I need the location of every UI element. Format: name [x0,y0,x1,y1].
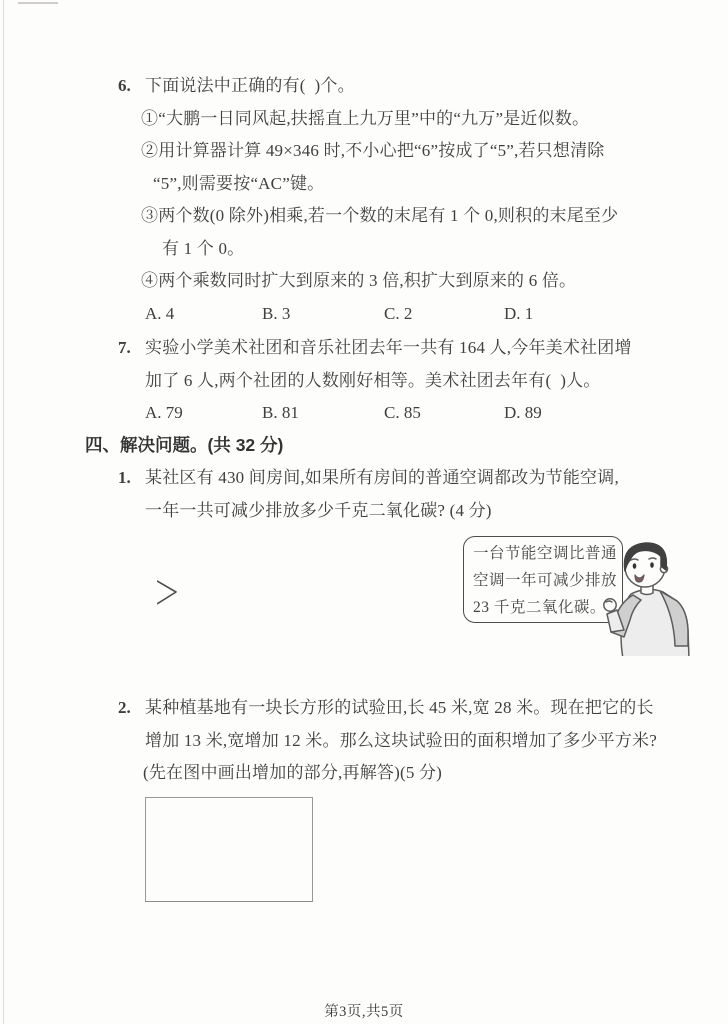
solve-question-1-line-cont: 一年一共可减少排放多少千克二氧化碳? (4 分) [118,495,678,528]
question-6-option-b: B. 3 [262,298,384,331]
scan-artifact-line [18,2,58,4]
page-footer: 第3页,共5页 [0,1000,728,1021]
question-7-option-c: C. 85 [384,397,504,430]
question-7-option-d: D. 89 [504,397,542,430]
question-6-options-row: A. 4 B. 3 C. 2 D. 1 [118,298,678,331]
speech-bubble-tail-icon [157,579,179,607]
question-6-item-2-cont: “5”,则需要按“AC”键。 [126,168,678,201]
question-7-options-row: A. 79 B. 81 C. 85 D. 89 [118,397,678,430]
question-7-option-b: B. 81 [262,397,384,430]
solve-question-2-line-cont: 增加 13 米,宽增加 12 米。那么这块试验田的面积增加了多少平方米? [118,725,678,758]
field-diagram-rectangle [145,797,313,902]
scan-edge-line [3,0,4,1024]
question-6-item-3: ③两个数(0 除外)相乘,若一个数的末尾有 1 个 0,则积的末尾至少 [114,200,678,233]
question-6-item-1: ①“大鹏一日同风起,扶摇直上九万里”中的“九万”是近似数。 [114,103,678,136]
question-6-option-c: C. 2 [384,298,504,331]
exam-page: 6. 下面说法中正确的有( )个。 ①“大鹏一日同风起,扶摇直上九万里”中的“九… [0,0,728,1024]
question-6-number: 6. [118,70,131,103]
question-6-option-a: A. 4 [145,298,262,331]
question-7-number: 7. [118,332,131,365]
solve-question-1-line: 某社区有 430 间房间,如果所有房间的普通空调都改为节能空调, [118,462,678,495]
question-7-line-cont: 加了 6 人,两个社团的人数刚好相等。美术社团去年有( )人。 [118,365,678,398]
solve-question-2-line: 某种植基地有一块长方形的试验田,长 45 米,宽 28 米。现在把它的长 [118,692,678,725]
solve-question-2: 2. 某种植基地有一块长方形的试验田,长 45 米,宽 28 米。现在把它的长 … [118,692,678,790]
boy-illustration [597,538,697,662]
question-6: 6. 下面说法中正确的有( )个。 ①“大鹏一日同风起,扶摇直上九万里”中的“九… [118,70,678,330]
question-6-option-d: D. 1 [504,298,533,331]
question-7: 7. 实验小学美术社团和音乐社团去年一共有 164 人,今年美术社团增 加了 6… [118,332,678,430]
question-6-item-2: ②用计算器计算 49×346 时,不小心把“6”按成了“5”,若只想清除 [114,135,678,168]
section-4-title: 四、解决问题。(共 32 分) [85,429,283,462]
question-7-line: 实验小学美术社团和音乐社团去年一共有 164 人,今年美术社团增 [118,332,678,365]
question-6-line: 下面说法中正确的有( )个。 [118,70,678,103]
question-7-option-a: A. 79 [145,397,262,430]
solve-question-2-note: (先在图中画出增加的部分,再解答)(5 分) [116,757,678,790]
question-6-item-4: ④两个乘数同时扩大到原来的 3 倍,积扩大到原来的 6 倍。 [114,265,678,298]
solve-question-1-number: 1. [118,462,131,495]
solve-question-2-number: 2. [118,692,131,725]
solve-question-1: 1. 某社区有 430 间房间,如果所有房间的普通空调都改为节能空调, 一年一共… [118,462,678,527]
question-6-item-3-cont: 有 1 个 0。 [135,233,678,266]
